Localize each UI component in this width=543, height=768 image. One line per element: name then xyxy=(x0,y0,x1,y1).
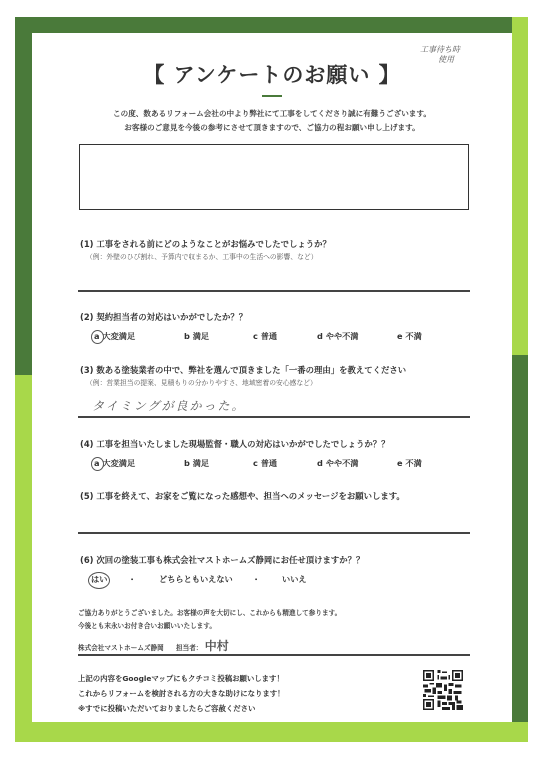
q2-option-b[interactable]: b 満足 xyxy=(184,331,209,342)
signature-row: 株式会社マストホームズ静岡 担当者： 中村 xyxy=(78,637,229,654)
frame-bottom-lime xyxy=(15,722,528,742)
question-5-answer-line[interactable] xyxy=(78,532,470,534)
question-4-options: a 大変満足 b 満足 c 普通 d やや不満 e 不満 xyxy=(32,458,512,472)
staff-name-handwritten: 中村 xyxy=(205,639,229,653)
photo-box[interactable] xyxy=(79,144,469,210)
q6-option-neither[interactable]: どちらともいえない xyxy=(159,574,233,585)
question-2: (2) 契約担当者の対応はいかがでしたか？？ xyxy=(80,311,247,323)
question-2-options: a 大変満足 b 満足 c 普通 d やや不満 e 不満 xyxy=(32,331,512,345)
survey-sheet: 【 アンケートのお願い 】 工事待ち時 使用 この度、数あるリフォーム会社の中よ… xyxy=(32,33,512,722)
footer-line-2: これからリフォームを検討される方の大きな助けになります！ xyxy=(78,688,285,699)
q2-option-d[interactable]: d やや不満 xyxy=(317,331,358,342)
question-1-example: （例：外壁のひび割れ、予算内で収まるか、工事中の生活への影響、など） xyxy=(86,251,318,261)
q6-option-no[interactable]: いいえ xyxy=(282,574,307,585)
intro-line-2: お客様のご意見を今後の参考にさせて頂きますので、ご協力の程お願い申し上げます。 xyxy=(32,122,512,133)
frame-left-dark xyxy=(15,17,32,375)
question-2-number: (2) xyxy=(80,312,93,322)
q4-option-d[interactable]: d やや不満 xyxy=(317,458,358,469)
question-3-text: 数ある塗装業者の中で、弊社を選んで頂きました「一番の理由」を教えてください xyxy=(96,365,406,375)
title-accent-line xyxy=(262,95,282,97)
question-3-answer-line[interactable] xyxy=(78,416,470,418)
question-1-text: 工事をされる前にどのようなことがお悩みでしたでしょうか？ xyxy=(96,239,331,249)
frame-right-dark xyxy=(512,355,528,722)
footer-line-1: 上記の内容をGoogleマップにもクチコミ投稿お願いします！ xyxy=(78,673,284,684)
question-1-number: (1) xyxy=(80,239,93,249)
q2-option-a[interactable]: a 大変満足 xyxy=(94,331,135,342)
question-3: (3) 数ある塗装業者の中で、弊社を選んで頂きました「一番の理由」を教えてくださ… xyxy=(80,364,406,376)
question-4-text: 工事を担当いたしました現場監督・職人の対応はいかがでしたでしょうか？？ xyxy=(96,439,389,449)
handwritten-note-line1: 工事待ち時 xyxy=(420,45,460,55)
q6-option-yes[interactable]: はい xyxy=(91,574,107,585)
handwritten-note-line2: 使用 xyxy=(420,55,460,65)
question-6-text: 次回の塗装工事も株式会社マストホームズ静岡にお任せ頂けますか？？ xyxy=(96,555,364,565)
q6-separator-1: ・ xyxy=(128,574,136,585)
question-6-number: (6) xyxy=(80,555,93,565)
intro-line-1: この度、数あるリフォーム会社の中より弊社にて工事をしてくださり誠に有難うございま… xyxy=(32,108,512,119)
q4-option-e[interactable]: e 不満 xyxy=(397,458,422,469)
question-5: (5) 工事を終えて、お家をご覧になった感想や、担当へのメッセージをお願いします… xyxy=(80,490,405,502)
q2-option-e[interactable]: e 不満 xyxy=(397,331,422,342)
company-name: 株式会社マストホームズ静岡 xyxy=(78,644,164,652)
question-5-number: (5) xyxy=(80,491,93,501)
question-4-number: (4) xyxy=(80,439,93,449)
question-3-number: (3) xyxy=(80,365,93,375)
question-5-text: 工事を終えて、お家をご覧になった感想や、担当へのメッセージをお願いします。 xyxy=(96,491,404,501)
question-4: (4) 工事を担当いたしました現場監督・職人の対応はいかがでしたでしょうか？？ xyxy=(80,438,390,450)
question-6: (6) 次回の塗装工事も株式会社マストホームズ静岡にお任せ頂けますか？？ xyxy=(80,554,364,566)
q2-option-c[interactable]: c 普通 xyxy=(253,331,277,342)
qr-code-icon[interactable] xyxy=(423,670,463,710)
question-2-text: 契約担当者の対応はいかがでしたか？？ xyxy=(96,312,247,322)
frame-top-dark xyxy=(15,17,512,33)
question-3-handwritten-answer: タイミングが良かった。 xyxy=(92,397,246,414)
frame-left-lime xyxy=(15,375,32,742)
q6-separator-2: ・ xyxy=(252,574,260,585)
question-3-example: （例：営業担当の提案、見積もりの分かりやすさ、地域密着の安心感など） xyxy=(86,377,317,387)
closing-line-2: 今後とも末永いお付き合いお願いいたします。 xyxy=(78,620,216,630)
question-1-answer-line[interactable] xyxy=(78,290,470,292)
handwritten-note: 工事待ち時 使用 xyxy=(420,45,460,65)
staff-label: 担当者： xyxy=(176,644,202,652)
q4-option-a[interactable]: a 大変満足 xyxy=(94,458,135,469)
question-1: (1) 工事をされる前にどのようなことがお悩みでしたでしょうか？ xyxy=(80,238,331,250)
frame-right-lime xyxy=(512,17,528,355)
footer-line-3: ※すでに投稿いただいておりましたらご容赦ください xyxy=(78,703,255,714)
signature-line xyxy=(78,654,470,656)
q4-option-b[interactable]: b 満足 xyxy=(184,458,209,469)
closing-line-1: ご協力ありがとうございました。お客様の声を大切にし、これからも精進して参ります。 xyxy=(78,607,341,617)
q4-option-c[interactable]: c 普通 xyxy=(253,458,277,469)
question-6-options: はい ・ どちらともいえない ・ いいえ xyxy=(32,574,512,590)
